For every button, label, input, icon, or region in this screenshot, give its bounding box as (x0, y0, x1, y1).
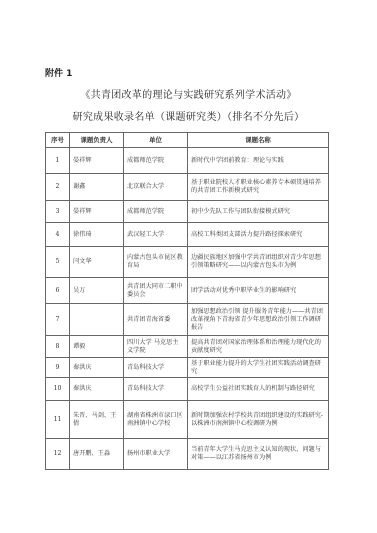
row-unit: 扬州市职业大学 (124, 439, 188, 470)
row-number: 12 (46, 439, 70, 470)
row-unit: 北京联合大学 (124, 174, 188, 201)
row-unit: 湖南省株洲市渌口区南洲镇中心学校 (124, 401, 188, 439)
row-leader: 闫文华 (70, 247, 124, 278)
row-number: 8 (46, 336, 70, 358)
row-leader (70, 304, 124, 336)
table-row: 12唐开鹏、王淼扬州市职业大学当前青年大学生马克思主义认知的现状、问题与对策——… (46, 439, 329, 470)
row-number: 3 (46, 201, 70, 223)
row-leader: 秦洪庆 (70, 378, 124, 401)
row-number: 6 (46, 278, 70, 304)
row-unit: 共青团青海省委 (124, 304, 188, 336)
table-header-row: 序号 课题负责人 单位 课题名称 (46, 133, 329, 148)
table-row: 9秦洪庆青岛科技大学基于职业能力提升的大学生社团实践活动调查研究 (46, 358, 329, 378)
row-topic: 团学活动对优秀中职毕业生的影响研究 (188, 278, 329, 304)
row-unit: 内蒙古包头市昆区教育局 (124, 247, 188, 278)
table-row: 7共青团青海省委加强思想政治引领 提升服务青年能力——共青团改革视角下青海省青少… (46, 304, 329, 336)
row-topic: 边疆民族地区加强中学共青团组织对青少年思想引领策略研究——以内蒙古包头市为例 (188, 247, 329, 278)
row-unit: 青岛科技大学 (124, 378, 188, 401)
table-row: 3晏祥辉成都师范学院初中少先队工作与团队衔接模式研究 (46, 201, 329, 223)
row-unit: 成都师范学院 (124, 148, 188, 174)
row-leader: 徐伟琦 (70, 223, 124, 247)
row-topic: 提高共青团对国家治理体系和治理能力现代化的贡献度研究 (188, 336, 329, 358)
row-topic: 初中少先队工作与团队衔接模式研究 (188, 201, 329, 223)
row-leader: 唐开鹏、王淼 (70, 439, 124, 470)
row-topic: 当前青年大学生马克思主义认知的现状、问题与对策——以江苏省扬州市为例 (188, 439, 329, 470)
header-leader: 课题负责人 (70, 133, 124, 148)
row-number: 2 (46, 174, 70, 201)
row-leader: 晏祥辉 (70, 201, 124, 223)
row-number: 10 (46, 378, 70, 401)
table-row: 11朱晋、马剑、王倩湖南省株洲市渌口区南洲镇中心学校新时期加强农村学校共青团组织… (46, 401, 329, 439)
row-number: 5 (46, 247, 70, 278)
document-title-line-1: 《共青团改革的理论与实践研究系列学术活动》 (0, 86, 377, 101)
row-topic: 加强思想政治引领 提升服务青年能力——共青团改革视角下青海省青少年思想政治引领工… (188, 304, 329, 336)
row-number: 9 (46, 358, 70, 378)
row-topic: 高校学生公益社团实践育人的机制与路径研究 (188, 378, 329, 401)
table-row: 1晏祥辉成都师范学院新时代中学团前教育：理论与实践 (46, 148, 329, 174)
table-row: 8谭毅四川大学 马克思主义学院提高共青团对国家治理体系和治理能力现代化的贡献度研… (46, 336, 329, 358)
table-row: 6吴万共青团大同市二职中委员会团学活动对优秀中职毕业生的影响研究 (46, 278, 329, 304)
attachment-label: 附件 1 (45, 66, 72, 79)
document-title-line-2: 研究成果收录名单（课题研究类）（排名不分先后） (0, 108, 377, 123)
row-topic: 高校工科类团支部活力提升路径探索研究 (188, 223, 329, 247)
table-row: 4徐伟琦武汉轻工大学高校工科类团支部活力提升路径探索研究 (46, 223, 329, 247)
row-leader: 晏祥辉 (70, 148, 124, 174)
results-table: 序号 课题负责人 单位 课题名称 1晏祥辉成都师范学院新时代中学团前教育：理论与… (45, 132, 329, 470)
table-row: 10秦洪庆青岛科技大学高校学生公益社团实践育人的机制与路径研究 (46, 378, 329, 401)
row-unit: 四川大学 马克思主义学院 (124, 336, 188, 358)
row-leader: 秦洪庆 (70, 358, 124, 378)
header-unit: 单位 (124, 133, 188, 148)
row-unit: 青岛科技大学 (124, 358, 188, 378)
row-leader: 谢鑫 (70, 174, 124, 201)
row-topic: 新时期加强农村学校共青团组织建设的实践研究-以株洲市南洲镇中心校调研为例 (188, 401, 329, 439)
row-number: 1 (46, 148, 70, 174)
table-row: 5闫文华内蒙古包头市昆区教育局边疆民族地区加强中学共青团组织对青少年思想引领策略… (46, 247, 329, 278)
row-unit: 成都师范学院 (124, 201, 188, 223)
row-leader: 朱晋、马剑、王倩 (70, 401, 124, 439)
row-topic: 基于职业院校人才职业核心素养专本硕贯通培养的共青团工作新模式研究 (188, 174, 329, 201)
row-unit: 共青团大同市二职中委员会 (124, 278, 188, 304)
header-topic: 课题名称 (188, 133, 329, 148)
row-number: 7 (46, 304, 70, 336)
row-number: 11 (46, 401, 70, 439)
row-leader: 谭毅 (70, 336, 124, 358)
table-row: 2谢鑫北京联合大学基于职业院校人才职业核心素养专本硕贯通培养的共青团工作新模式研… (46, 174, 329, 201)
row-number: 4 (46, 223, 70, 247)
row-topic: 基于职业能力提升的大学生社团实践活动调查研究 (188, 358, 329, 378)
row-leader: 吴万 (70, 278, 124, 304)
row-unit: 武汉轻工大学 (124, 223, 188, 247)
header-number: 序号 (46, 133, 70, 148)
row-topic: 新时代中学团前教育：理论与实践 (188, 148, 329, 174)
